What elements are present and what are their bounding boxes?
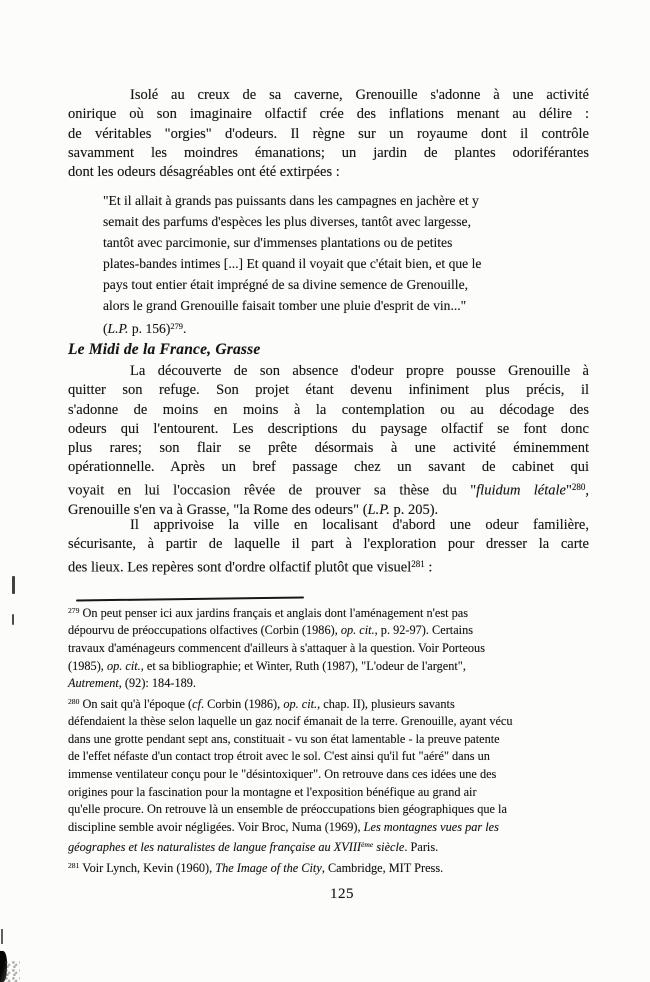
- text-line: 281 Voir Lynch, Kevin (1960), The Image …: [68, 857, 513, 877]
- scan-artifact-edge-dash: [12, 614, 14, 625]
- text-line: plus rares; son flair se prête désormais…: [68, 439, 589, 458]
- styled-text: L.P.: [108, 321, 129, 336]
- footnote-ref: 279: [170, 321, 183, 331]
- styled-text: fluidum létale: [476, 482, 566, 498]
- text-line: "Et il allait à grands pas puissants dan…: [103, 190, 481, 211]
- text-line: discipline semble avoir négligées. Voir …: [68, 819, 513, 837]
- text-line: (L.P. p. 156)279.: [103, 316, 481, 339]
- footnote-ref: 281: [68, 861, 79, 870]
- text-line: tantôt avec parcimonie, sur d'immenses p…: [103, 232, 481, 253]
- styled-text: Autrement: [68, 676, 119, 690]
- text-line: pays tout entier était imprégné de sa di…: [103, 274, 481, 295]
- styled-text: op. cit.: [107, 659, 141, 673]
- text-line: défendaient la thèse selon laquelle un g…: [68, 713, 513, 731]
- text-line: savamment les moindres émanations; un ja…: [68, 144, 589, 163]
- styled-text: op. cit.: [283, 697, 317, 711]
- document-page: Isolé au creux de sa caverne, Grenouille…: [0, 0, 650, 982]
- footnote-ref: 280: [68, 697, 79, 706]
- paragraph-1: Isolé au creux de sa caverne, Grenouille…: [68, 86, 589, 182]
- styled-text: The Image of the City: [215, 861, 322, 875]
- styled-text: géographes et les naturalistes de langue…: [68, 840, 361, 854]
- text-line: dont les odeurs désagréables ont été ext…: [68, 163, 589, 182]
- text-line: dépourvu de préoccupations olfactives (C…: [68, 622, 513, 640]
- text-line: Il apprivoise la ville en localisant d'a…: [68, 516, 589, 535]
- styled-text: siècle: [373, 840, 404, 854]
- text-line: quitter son refuge. Son projet étant dev…: [68, 381, 589, 400]
- text-line: s'adonne de moins en moins à la contempl…: [68, 401, 589, 420]
- text-line: sécurisante, à partir de laquelle il par…: [68, 535, 589, 554]
- paragraph-3: Il apprivoise la ville en localisant d'a…: [68, 516, 589, 577]
- footnotes: 279 On peut penser ici aux jardins franç…: [68, 602, 513, 877]
- text-line: géographes et les naturalistes de langue…: [68, 836, 513, 856]
- text-line: odeurs qui l'entourent. Les descriptions…: [68, 420, 589, 439]
- text-line: des lieux. Les repères sont d'ordre olfa…: [68, 555, 589, 578]
- text-line: 280 On sait qu'à l'époque (cf. Corbin (1…: [68, 693, 513, 713]
- styled-text: op. cit.: [341, 623, 375, 637]
- text-line: alors le grand Grenouille faisait tomber…: [103, 295, 481, 316]
- text-line: Autrement, (92): 184-189.: [68, 675, 513, 693]
- text-line: opérationnelle. Après un bref passage ch…: [68, 458, 589, 477]
- scan-artifact-speckle: [5, 960, 20, 982]
- scan-artifact-speck: [103, 114, 105, 116]
- text-line: (1985), op. cit., et sa bibliographie; e…: [68, 658, 513, 676]
- text-line: plates-bandes intimes [...] Et quand il …: [103, 253, 481, 274]
- text-line: de véritables "orgies" d'odeurs. Il règn…: [68, 125, 589, 144]
- footnote-ref: 280: [572, 482, 585, 492]
- paragraph-2: La découverte de son absence d'odeur pro…: [68, 362, 589, 520]
- footnote-ref: 281: [411, 559, 424, 569]
- page-number: 125: [330, 886, 354, 903]
- scan-artifact-hairline: [1, 929, 3, 944]
- text-line: semait des parfums d'espèces les plus di…: [103, 211, 481, 232]
- text-line: La découverte de son absence d'odeur pro…: [68, 362, 589, 381]
- footnote-ref: 279: [68, 606, 79, 615]
- text-line: voyait en lui l'occasion rêvée de prouve…: [68, 478, 589, 501]
- text-line: immense ventilateur conçu pour le "désin…: [68, 766, 513, 784]
- scan-artifact-edge-dash: [12, 576, 15, 594]
- section-heading: Le Midi de la France, Grasse: [68, 341, 260, 359]
- text-line: travaux d'aménageurs commencent d'ailleu…: [68, 640, 513, 658]
- text-line: onirique où son imaginaire olfactif crée…: [68, 105, 589, 124]
- styled-text: Les montagnes vues par les: [364, 820, 499, 834]
- text-line: qu'elle procure. On retrouve là un ensem…: [68, 801, 513, 819]
- footnote-ref: ème: [361, 840, 373, 849]
- text-line: de l'effet néfaste d'un contact trop étr…: [68, 748, 513, 766]
- text-line: dans une grotte pendant sept ans, consti…: [68, 731, 513, 749]
- blockquote: "Et il allait à grands pas puissants dan…: [103, 190, 481, 339]
- text-line: 279 On peut penser ici aux jardins franç…: [68, 602, 513, 622]
- text-line: Isolé au creux de sa caverne, Grenouille…: [68, 86, 589, 105]
- text-line: origines pour la fascination pour la mon…: [68, 784, 513, 802]
- styled-text: cf: [192, 697, 201, 711]
